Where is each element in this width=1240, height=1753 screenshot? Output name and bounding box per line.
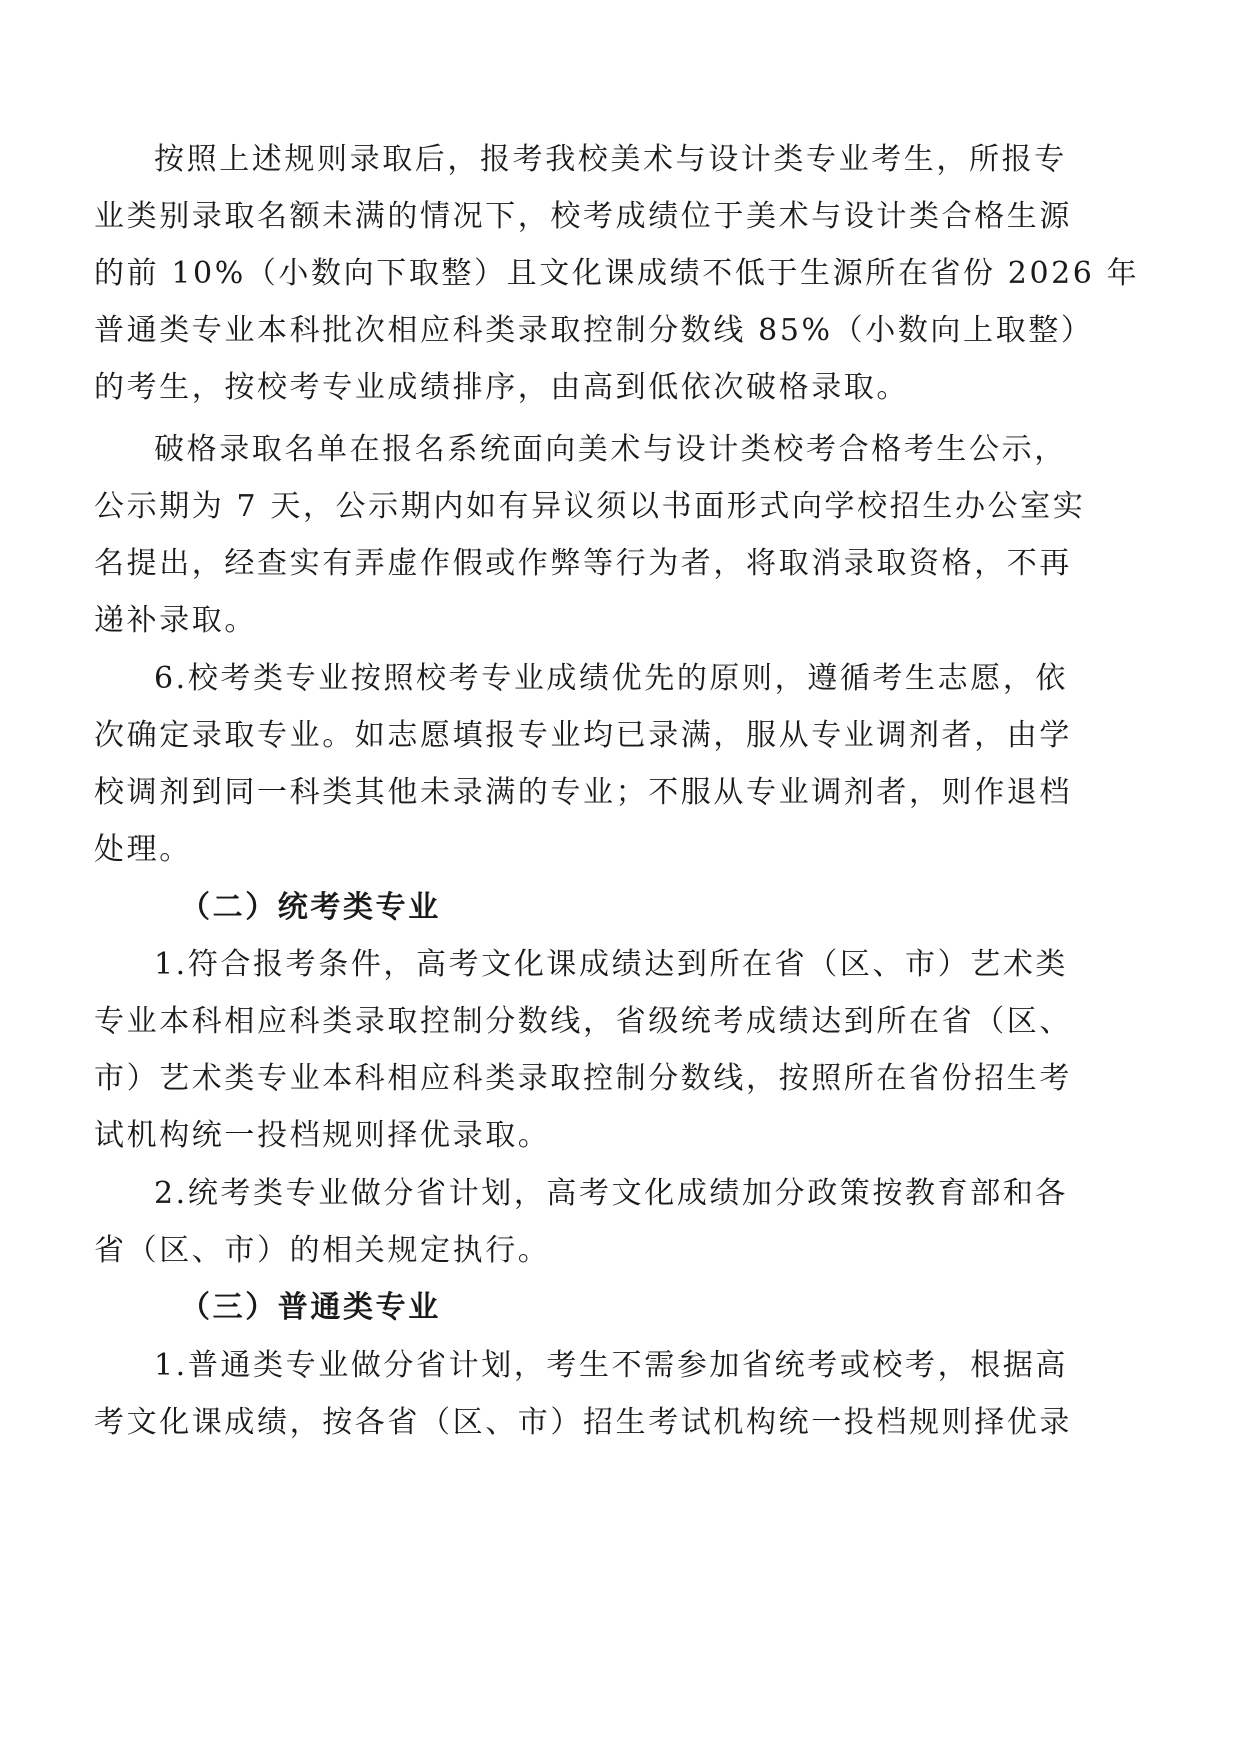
text-line: 名提出，经查实有弄虚作假或作弊等行为者，将取消录取资格，不再 bbox=[94, 544, 1072, 584]
text-line: 1.普通类专业做分省计划，考生不需参加省统考或校考，根据高 bbox=[154, 1346, 1068, 1386]
text-line: 次确定录取专业。如志愿填报专业均已录满，服从专业调剂者，由学 bbox=[94, 716, 1072, 756]
text-line: 市）艺术类专业本科相应科类录取控制分数线，按照所在省份招生考 bbox=[94, 1059, 1072, 1099]
text-line: 的前 10%（小数向下取整）且文化课成绩不低于生源所在省份 2026 年 bbox=[94, 254, 1139, 294]
text-line: 专业本科相应科类录取控制分数线，省级统考成绩达到所在省（区、 bbox=[94, 1002, 1072, 1042]
text-line: 省（区、市）的相关规定执行。 bbox=[94, 1231, 550, 1271]
text-line: 校调剂到同一科类其他未录满的专业；不服从专业调剂者，则作退档 bbox=[94, 773, 1072, 813]
text-line: 的考生，按校考专业成绩排序，由高到低依次破格录取。 bbox=[94, 368, 909, 408]
text-line: 普通类专业本科批次相应科类录取控制分数线 85%（小数向上取整） bbox=[94, 311, 1093, 351]
text-line: 递补录取。 bbox=[94, 601, 257, 641]
text-line: 处理。 bbox=[94, 830, 192, 870]
text-line: 按照上述规则录取后，报考我校美术与设计类专业考生，所报专 bbox=[154, 140, 1067, 180]
text-line: 试机构统一投档规则择优录取。 bbox=[94, 1116, 550, 1156]
section-heading: （二）统考类专业 bbox=[180, 888, 441, 928]
text-line: 公示期为 7 天，公示期内如有异议须以书面形式向学校招生办公室实 bbox=[94, 487, 1085, 527]
text-line: 2.统考类专业做分省计划，高考文化成绩加分政策按教育部和各 bbox=[154, 1174, 1068, 1214]
text-line: 考文化课成绩，按各省（区、市）招生考试机构统一投档规则择优录 bbox=[94, 1403, 1072, 1443]
text-line: 破格录取名单在报名系统面向美术与设计类校考合格考生公示， bbox=[154, 430, 1067, 470]
text-line: 业类别录取名额未满的情况下，校考成绩位于美术与设计类合格生源 bbox=[94, 197, 1072, 237]
text-line: 6.校考类专业按照校考专业成绩优先的原则，遵循考生志愿，依 bbox=[154, 659, 1068, 699]
section-heading: （三）普通类专业 bbox=[180, 1288, 441, 1328]
text-line: 1.符合报考条件，高考文化课成绩达到所在省（区、市）艺术类 bbox=[154, 945, 1068, 985]
